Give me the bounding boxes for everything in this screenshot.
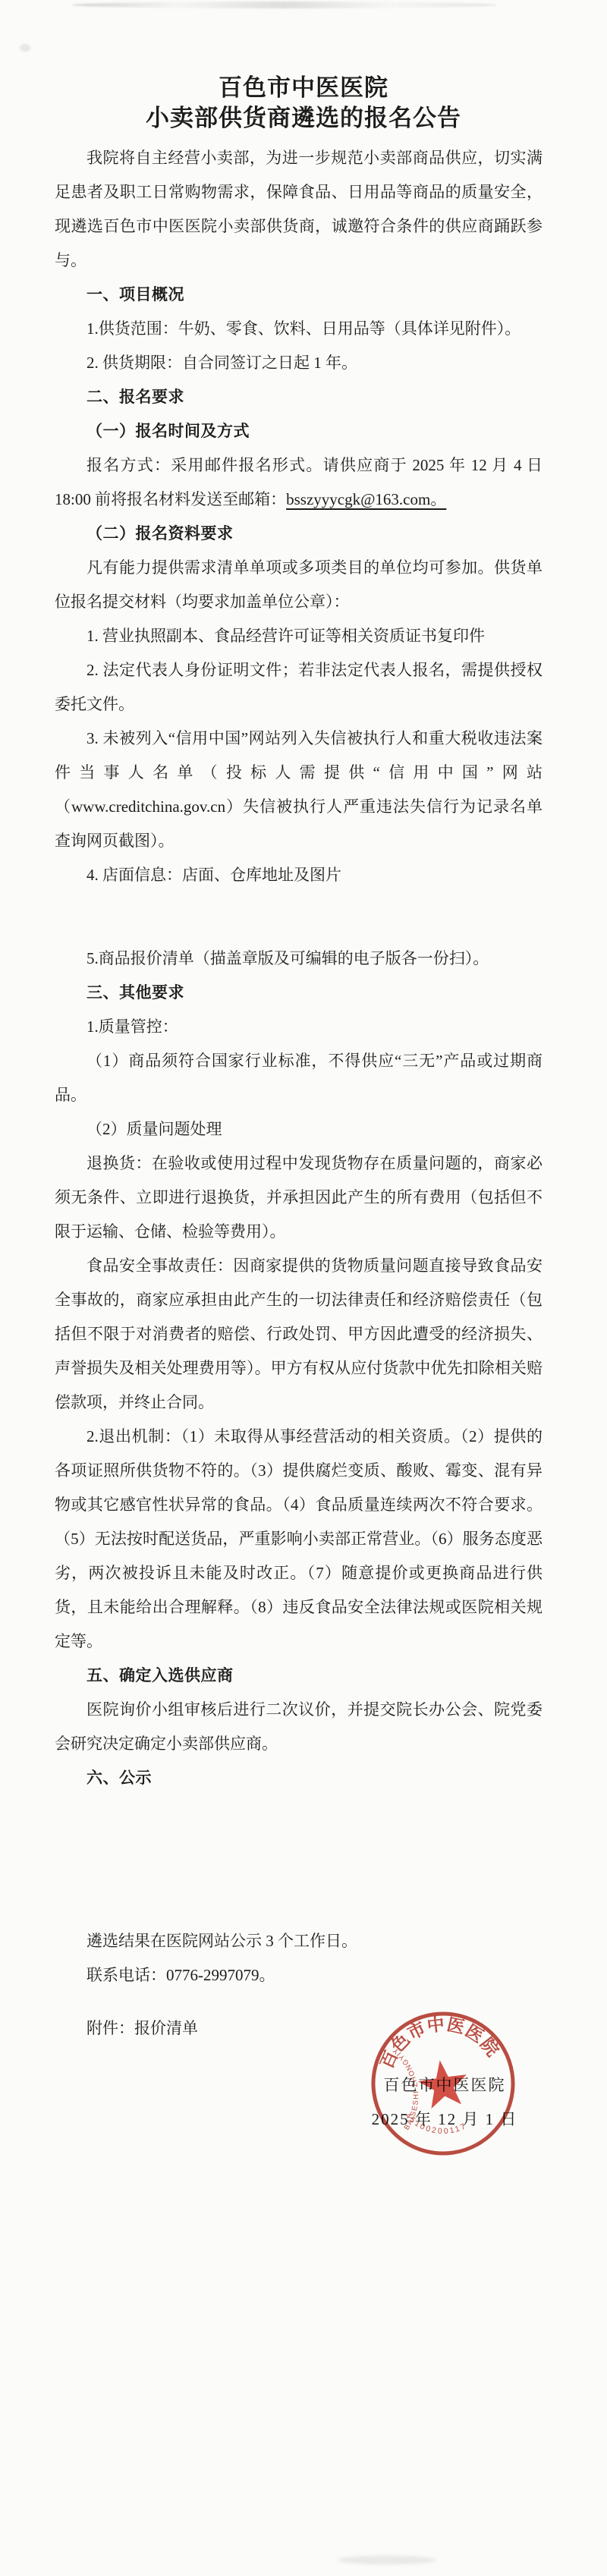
para-quality-control: 1.质量管控： [55,1010,543,1044]
heading-section-1: 一、项目概况 [55,278,543,312]
para-eligibility: 凡有能力提供需求清单单项或多项类目的单位均可参加。供货单位报名提交材料（均要求加… [55,551,543,619]
para-food-safety-liability: 食品安全事故责任：因商家提供的货物质量问题直接导致食品安全事故的，商家应承担由此… [55,1249,543,1420]
heading-sub-2-1: （一）报名时间及方式 [55,414,543,448]
para-return-policy: 退换货：在验收或使用过程中发现货物存在质量问题的，商家必须无条件、立即进行退换货… [55,1146,543,1249]
para-quality-issue: （2）质量问题处理 [55,1112,543,1146]
para-supply-scope: 1.供货范围：牛奶、零食、饮料、日用品等（具体详见附件）。 [55,312,543,346]
registration-email-link[interactable]: bsszyyycgk@163.com。 [286,490,446,508]
signature-block: 百色市中医医院 BAISESHI ZHONGYIYIYUAN 451002001… [349,2068,540,2137]
heading-section-3: 三、其他要求 [55,976,543,1010]
para-publicity-period: 遴选结果在医院网站公示 3 个工作日。 [55,1924,543,1958]
scan-artifact-corner [20,44,30,52]
scan-artifact-top [72,2,497,8]
title-line-1: 百色市中医医院 [0,73,607,103]
para-material-3: 3. 未被列入“信用中国”网站列入失信被执行人和重大税收违法案件当事人名单（投标… [55,722,543,858]
para-exit-mechanism: 2.退出机制：（1）未取得从事经营活动的相关资质。（2）提供的各项证照所供货物不… [55,1420,543,1659]
para-material-4: 4. 店面信息：店面、仓库地址及图片 [55,858,543,892]
para-quality-standard: （1）商品须符合国家行业标准，不得供应“三无”产品或过期商品。 [55,1044,543,1112]
para-material-5: 5.商品报价清单（描盖章版及可编辑的电子版各一份扫）。 [55,942,543,976]
para-supply-period: 2. 供货期限：自合同签订之日起 1 年。 [55,346,543,380]
document-body: 我院将自主经营小卖部，为进一步规范小卖部商品供应，切实满足患者及职工日常购物需求… [0,134,607,2137]
scan-artifact-bottom [338,2556,436,2565]
heading-section-6: 六、公示 [55,1761,543,1795]
para-material-1: 1. 营业执照副本、食品经营许可证等相关资质证书复印件 [55,619,543,653]
heading-sub-2-2: （二）报名资料要求 [55,517,543,551]
heading-section-5: 五、确定入选供应商 [55,1659,543,1693]
document-title: 百色市中医医院 小卖部供货商遴选的报名公告 [0,73,607,134]
scanned-notice-page: { "title": { "line1": "百色市中医医院", "line2"… [0,0,607,2576]
title-line-2: 小卖部供货商遴选的报名公告 [0,103,607,134]
para-intro: 我院将自主经营小卖部，为进一步规范小卖部商品供应，切实满足患者及职工日常购物需求… [55,141,543,278]
para-selection-process: 医院询价小组审核后进行二次议价，并提交院长办公会、院党委会研究决定确定小卖部供应… [55,1693,543,1761]
para-contact-phone: 联系电话：0776-2997079。 [55,1958,543,1993]
document: 百色市中医医院 小卖部供货商遴选的报名公告 我院将自主经营小卖部，为进一步规范小… [0,0,607,2576]
signature-date: 2025 年 12 月 1 日 [349,2103,540,2137]
signature-org-name: 百色市中医医院 [349,2068,540,2103]
heading-section-2: 二、报名要求 [55,380,543,414]
para-attachment: 附件：报价清单 [55,2011,543,2046]
para-material-2: 2. 法定代表人身份证明文件；若非法定代表人报名，需提供授权委托文件。 [55,653,543,722]
para-registration-method: 报名方式：采用邮件报名形式。请供应商于 2025 年 12 月 4 日 18:0… [55,448,543,517]
